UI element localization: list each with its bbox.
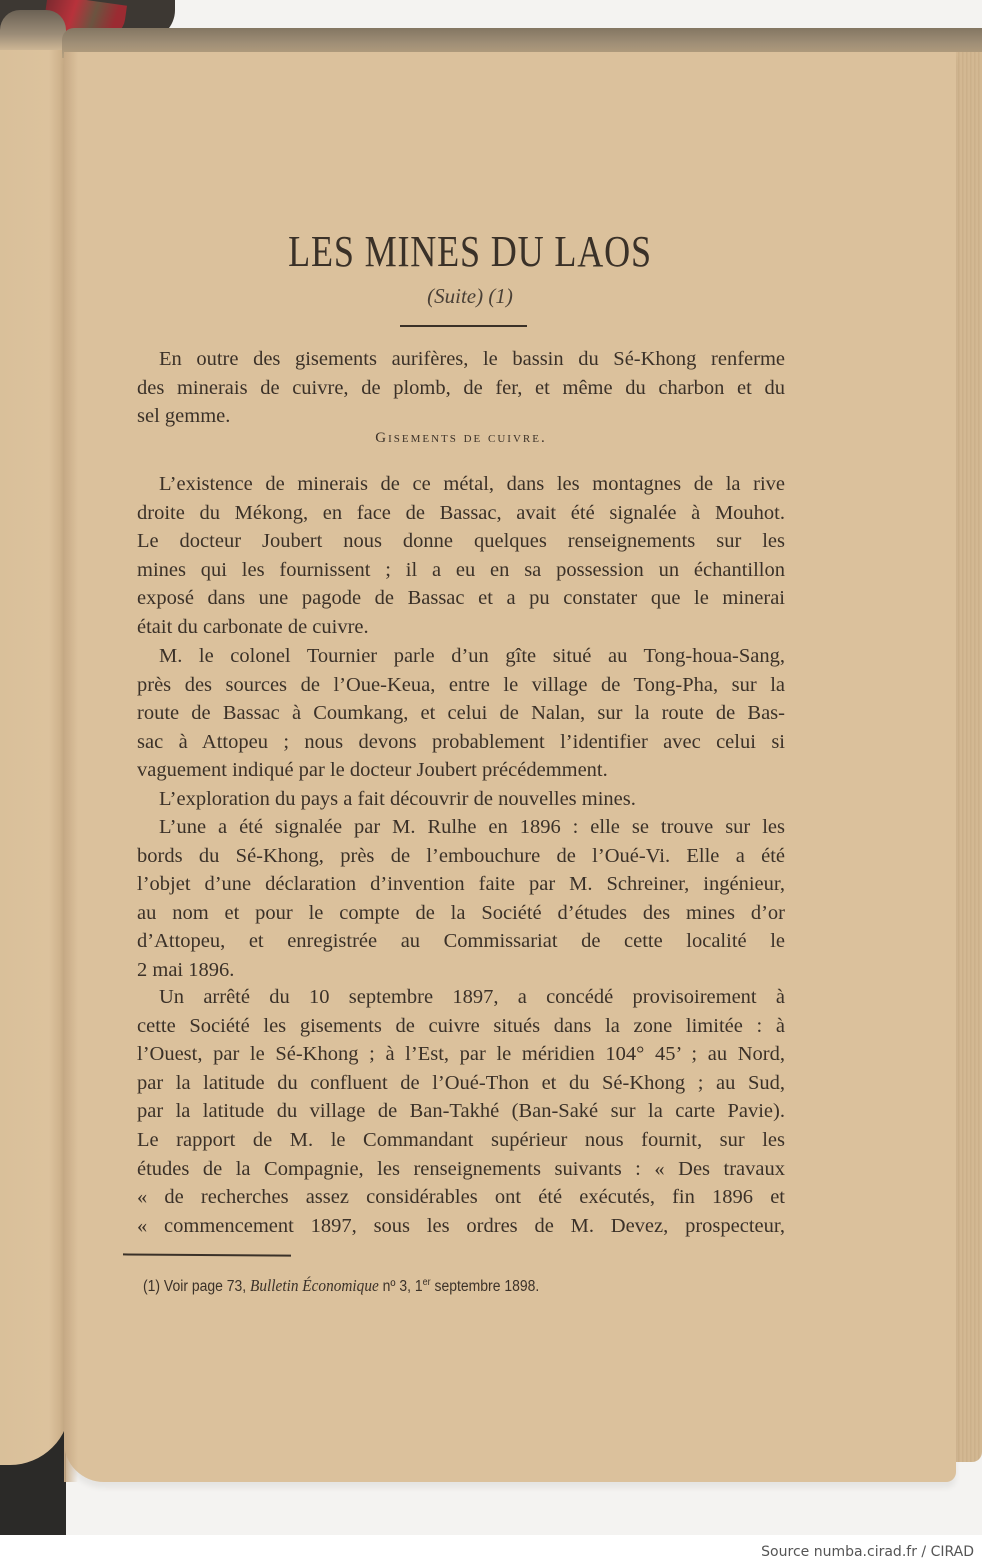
text-line: l’Ouest, par le Sé-Khong ; à l’Est, par …: [137, 1040, 785, 1069]
text-line: sac à Attopeu ; nous devons probablement…: [137, 728, 785, 757]
text-line: Le docteur Joubert nous donne quelques r…: [137, 527, 785, 556]
footnote: (1) Voir page 73, Bulletin Économique nº…: [143, 1276, 539, 1296]
title-divider: [400, 325, 527, 327]
text-line: route de Bassac à Coumkang, et celui de …: [137, 699, 785, 728]
footnote-sup: er: [423, 1277, 431, 1288]
text-line: L’une a été signalée par M. Rulhe en 189…: [137, 813, 785, 842]
text-line: par la latitude du confluent de l’Oué-Th…: [137, 1069, 785, 1098]
source-credit: Source numba.cirad.fr / CIRAD: [761, 1544, 974, 1560]
paragraph-2: M. le colonel Tournier parle d’un gîte s…: [137, 642, 785, 785]
text-line: droite du Mékong, en face de Bassac, ava…: [137, 499, 785, 528]
text-line: d’Attopeu, et enregistrée au Commissaria…: [137, 927, 785, 956]
text-line: mines qui les fournissent ; il a eu en s…: [137, 556, 785, 585]
page-content: LES MINES DU LAOS (Suite) (1) En outre d…: [0, 0, 982, 1535]
text-line: « de recherches assez considérables ont …: [137, 1183, 785, 1212]
text-line: L’exploration du pays a fait découvrir d…: [137, 785, 785, 814]
article-title: LES MINES DU LAOS: [281, 226, 658, 277]
text-line: M. le colonel Tournier parle d’un gîte s…: [137, 642, 785, 671]
footnote-divider: [123, 1253, 291, 1256]
intro-paragraph: En outre des gisements aurifères, le bas…: [137, 345, 785, 431]
text-line: L’existence de minerais de ce métal, dan…: [137, 470, 785, 499]
paragraph-1: L’existence de minerais de ce métal, dan…: [137, 470, 785, 642]
section-heading: Gisements de cuivre.: [137, 430, 785, 447]
article-subtitle: (Suite) (1): [240, 284, 700, 309]
text-line: près des sources de l’Oue-Keua, entre le…: [137, 671, 785, 700]
text-line: par la latitude du village de Ban-Takhé …: [137, 1097, 785, 1126]
text-line: exposé dans une pagode de Bassac et a pu…: [137, 584, 785, 613]
text-line: était du carbonate de cuivre.: [137, 613, 785, 642]
text-line: bords du Sé-Khong, près de l’embouchure …: [137, 842, 785, 871]
text-line: des minerais de cuivre, de plomb, de fer…: [137, 374, 785, 403]
text-line: « commencement 1897, sous les ordres de …: [137, 1212, 785, 1241]
footnote-suffix: septembre 1898.: [431, 1278, 540, 1295]
text-line: l’objet d’une déclaration d’invention fa…: [137, 870, 785, 899]
footnote-middle: nº 3, 1: [379, 1278, 423, 1295]
paragraph-5: Un arrêté du 10 septembre 1897, a concéd…: [137, 983, 785, 1240]
text-line: Le rapport de M. le Commandant supérieur…: [137, 1126, 785, 1155]
text-line: Un arrêté du 10 septembre 1897, a concéd…: [137, 983, 785, 1012]
text-line: au nom et pour le compte de la Société d…: [137, 899, 785, 928]
footnote-publication: Bulletin Économique: [250, 1276, 379, 1295]
paragraph-4: L’une a été signalée par M. Rulhe en 189…: [137, 813, 785, 985]
text-line: En outre des gisements aurifères, le bas…: [137, 345, 785, 374]
text-line: études de la Compagnie, les renseignemen…: [137, 1155, 785, 1184]
text-line: cette Société les gisements de cuivre si…: [137, 1012, 785, 1041]
text-line: vaguement indiqué par le docteur Joubert…: [137, 756, 785, 785]
footnote-prefix: (1) Voir page 73,: [143, 1278, 250, 1295]
text-line: 2 mai 1896.: [137, 956, 785, 985]
text-line: sel gemme.: [137, 402, 785, 431]
paragraph-3: L’exploration du pays a fait découvrir d…: [137, 785, 785, 814]
